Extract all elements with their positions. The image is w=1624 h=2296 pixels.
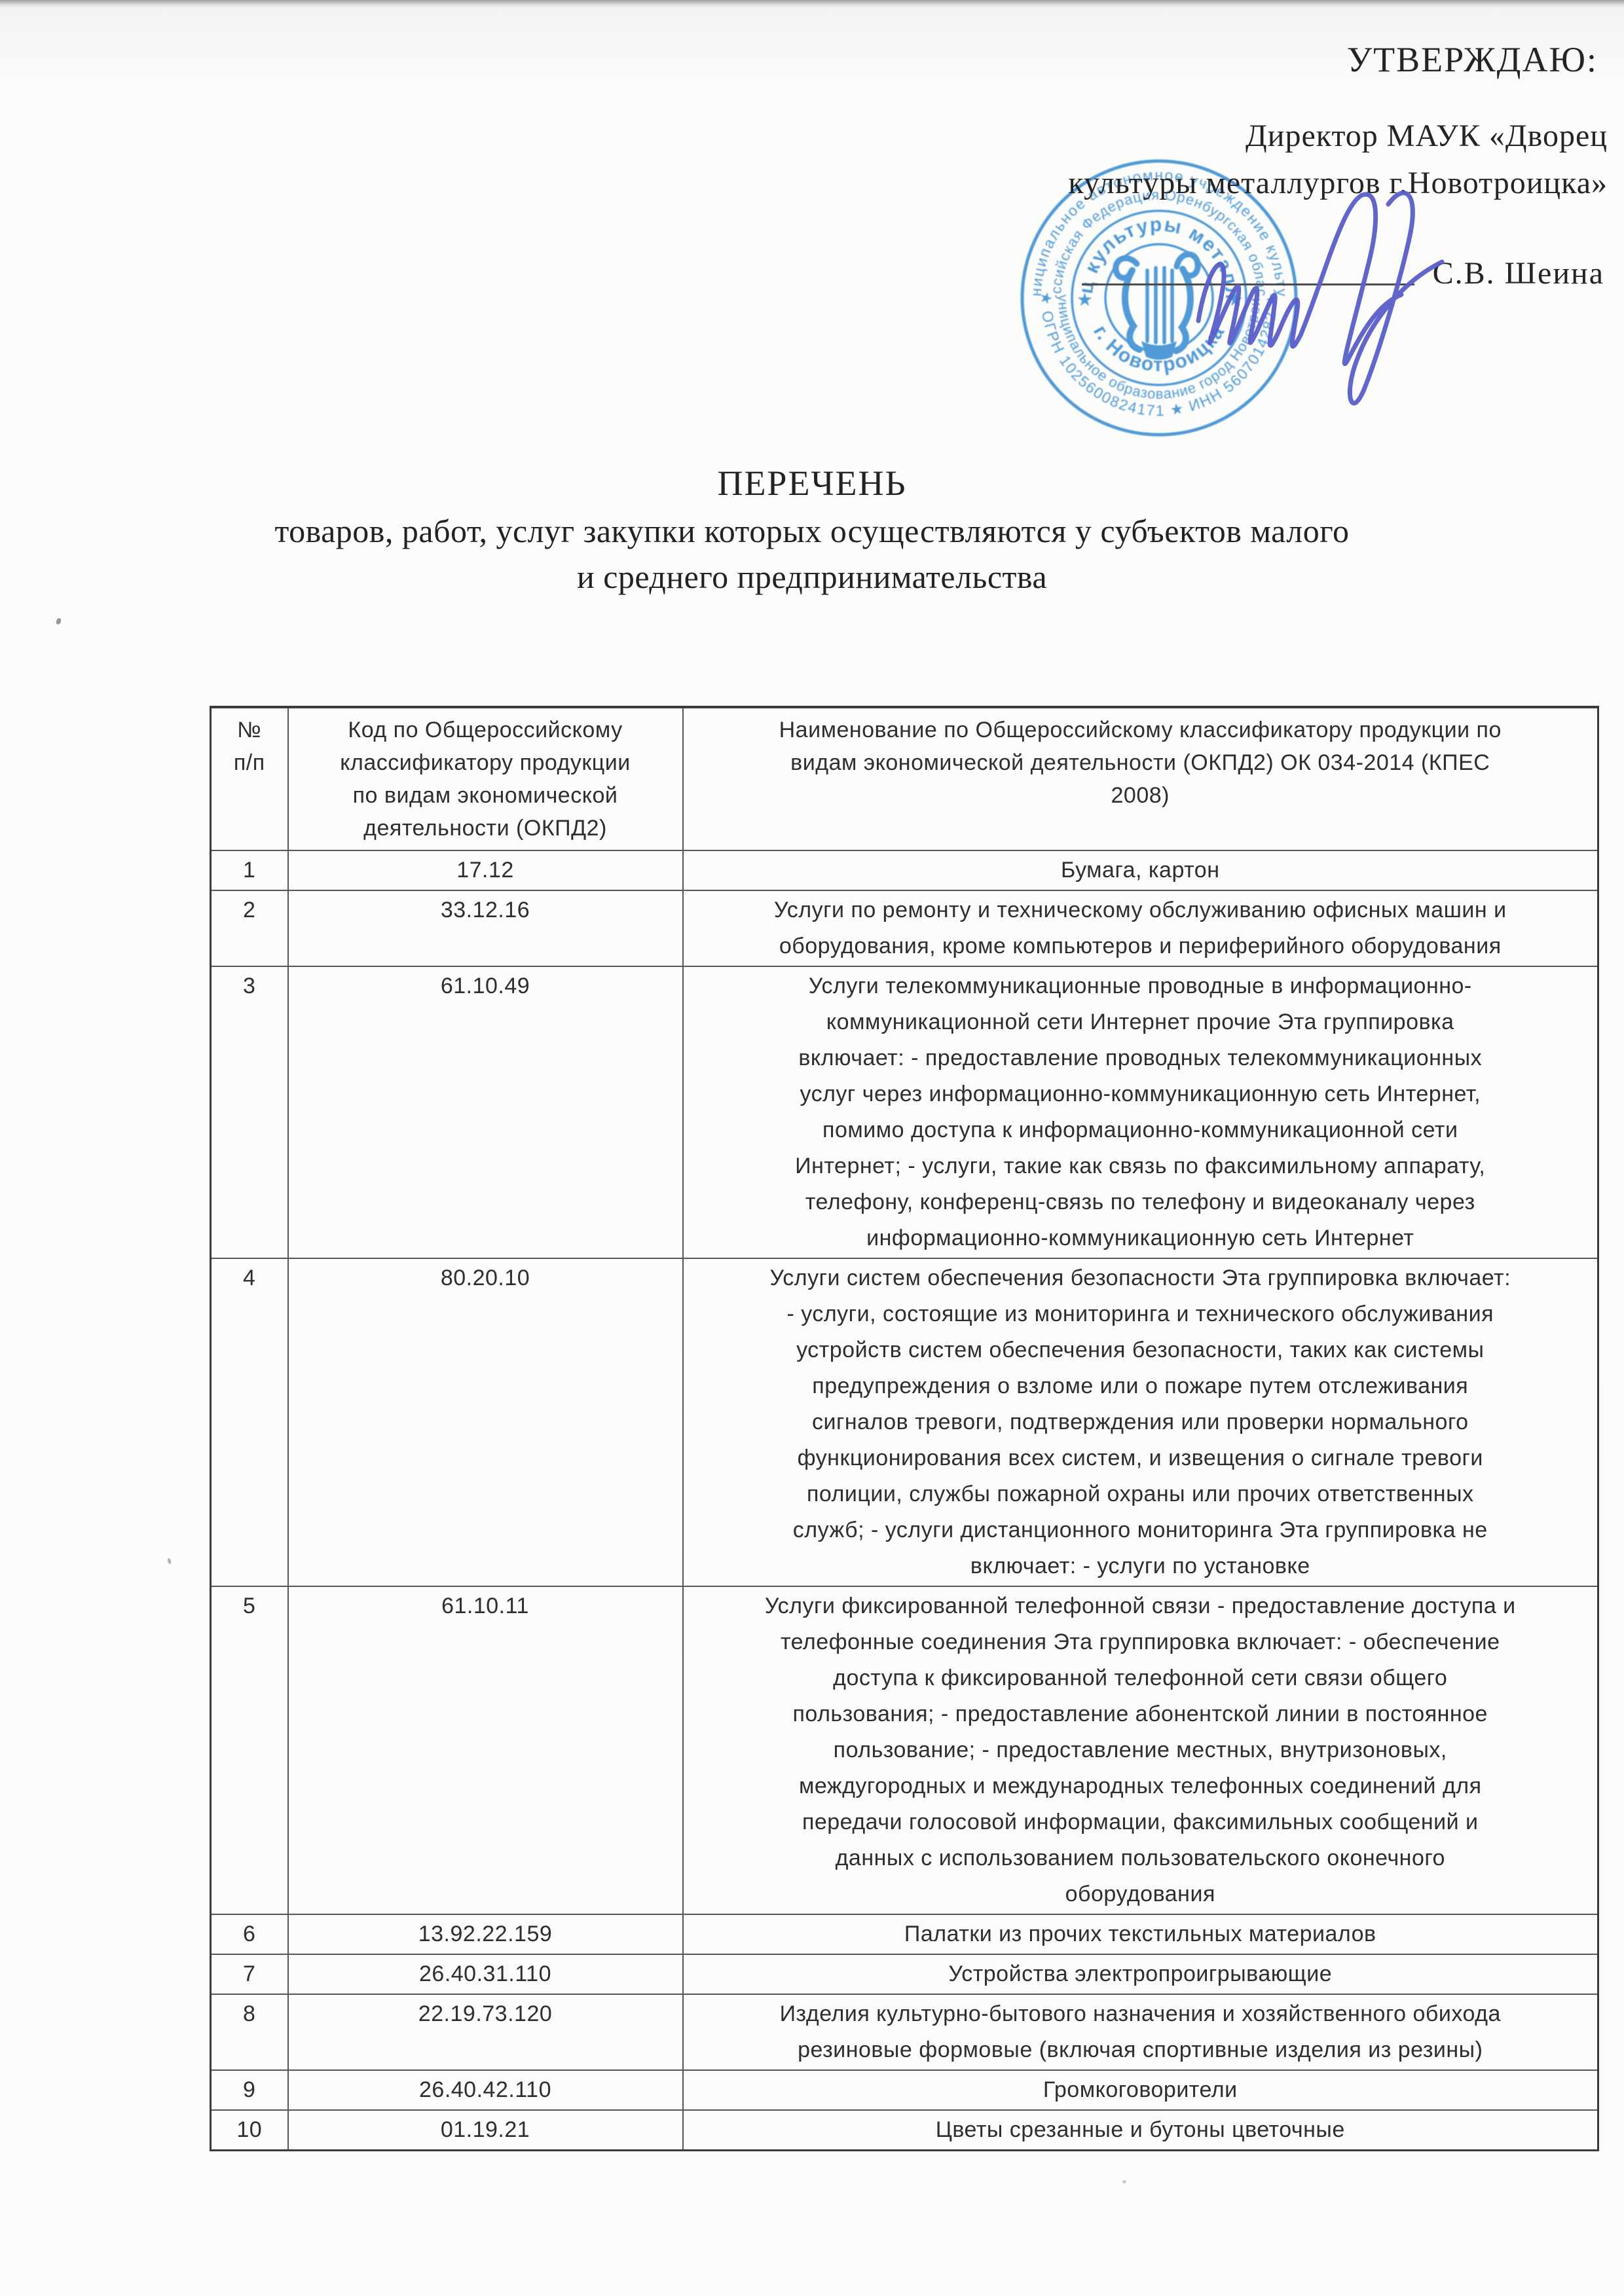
table-row: 6 13.92.22.159 Палатки из прочих текстил… (211, 1914, 1598, 1954)
row-code-cell: 01.19.21 (288, 2110, 683, 2151)
procurement-table: №п/п Код по Общероссийскому классификато… (210, 706, 1599, 2151)
row-name-cell: Услуги телекоммуникационные проводные в … (683, 966, 1598, 1258)
row-name-cell: Громкоговорители (683, 2070, 1598, 2110)
row-number-cell: 6 (211, 1914, 288, 1954)
row-number-cell: 10 (211, 2110, 288, 2151)
row-number-cell: 4 (211, 1258, 288, 1586)
table-header-row: №п/п Код по Общероссийскому классификато… (211, 707, 1598, 850)
row-number-cell: 9 (211, 2070, 288, 2110)
table-row: 2 33.12.16 Услуги по ремонту и техническ… (211, 890, 1598, 966)
row-code-cell: 61.10.49 (288, 966, 683, 1258)
row-code-cell: 61.10.11 (288, 1586, 683, 1914)
row-name-cell: Услуги систем обеспечения безопасности Э… (683, 1258, 1598, 1586)
procurement-table-wrap: №п/п Код по Общероссийскому классификато… (210, 706, 1599, 2151)
row-code-cell: 22.19.73.120 (288, 1994, 683, 2070)
table-row: 5 61.10.11 Услуги фиксированной телефонн… (211, 1586, 1598, 1914)
table-row: 7 26.40.31.110 Устройства электропроигры… (211, 1954, 1598, 1994)
scan-speck (1122, 2180, 1126, 2183)
table-row: 4 80.20.10 Услуги систем обеспечения без… (211, 1258, 1598, 1586)
page-title: ПЕРЕЧЕНЬ (0, 463, 1624, 503)
row-name-cell: Цветы срезанные и бутоны цветочные (683, 2110, 1598, 2151)
page-subtitle-line-1: товаров, работ, услуг закупки которых ос… (0, 512, 1624, 550)
row-code-cell: 17.12 (288, 850, 683, 890)
director-line-1: Директор МАУК «Дворец (1068, 113, 1608, 160)
row-name-cell: Услуги фиксированной телефонной связи - … (683, 1586, 1598, 1914)
row-number-cell: 1 (211, 850, 288, 890)
row-name-cell: Услуги по ремонту и техническому обслужи… (683, 890, 1598, 966)
row-code-cell: 33.12.16 (288, 890, 683, 966)
header-num-top: № (218, 714, 281, 746)
row-name-cell: Устройства электропроигрывающие (683, 1954, 1598, 1994)
row-number-cell: 7 (211, 1954, 288, 1994)
row-code-cell: 80.20.10 (288, 1258, 683, 1586)
row-code-cell: 13.92.22.159 (288, 1914, 683, 1954)
header-name-cell: Наименование по Общероссийскому классифи… (683, 707, 1598, 850)
scanner-edge-artifact (0, 0, 1624, 8)
table-row: 10 01.19.21 Цветы срезанные и бутоны цве… (211, 2110, 1598, 2151)
row-number-cell: 5 (211, 1586, 288, 1914)
row-name-cell: Бумага, картон (683, 850, 1598, 890)
table-row: 1 17.12 Бумага, картон (211, 850, 1598, 890)
header-num-bottom: п/п (218, 746, 281, 779)
scan-speck (56, 617, 62, 625)
page-subtitle-line-2: и среднего предпринимательства (0, 558, 1624, 596)
approve-label: УТВЕРЖДАЮ: (1347, 39, 1598, 80)
header-code-cell: Код по Общероссийскому классификатору пр… (288, 707, 683, 850)
handwritten-signature (1048, 164, 1611, 412)
row-name-cell: Изделия культурно-бытового назначения и … (683, 1994, 1598, 2070)
scan-speck (167, 1558, 172, 1565)
header-num-cell: №п/п (211, 707, 288, 850)
row-code-cell: 26.40.31.110 (288, 1954, 683, 1994)
row-name-cell: Палатки из прочих текстильных материалов (683, 1914, 1598, 1954)
row-number-cell: 8 (211, 1994, 288, 2070)
table-row: 3 61.10.49 Услуги телекоммуникационные п… (211, 966, 1598, 1258)
row-number-cell: 2 (211, 890, 288, 966)
table-row: 9 26.40.42.110 Громкоговорители (211, 2070, 1598, 2110)
table-body: 1 17.12 Бумага, картон 2 33.12.16 Услуги… (211, 850, 1598, 2151)
row-code-cell: 26.40.42.110 (288, 2070, 683, 2110)
row-number-cell: 3 (211, 966, 288, 1258)
table-row: 8 22.19.73.120 Изделия культурно-бытовог… (211, 1994, 1598, 2070)
document-page: УТВЕРЖДАЮ: Директор МАУК «Дворец культур… (0, 0, 1624, 2296)
